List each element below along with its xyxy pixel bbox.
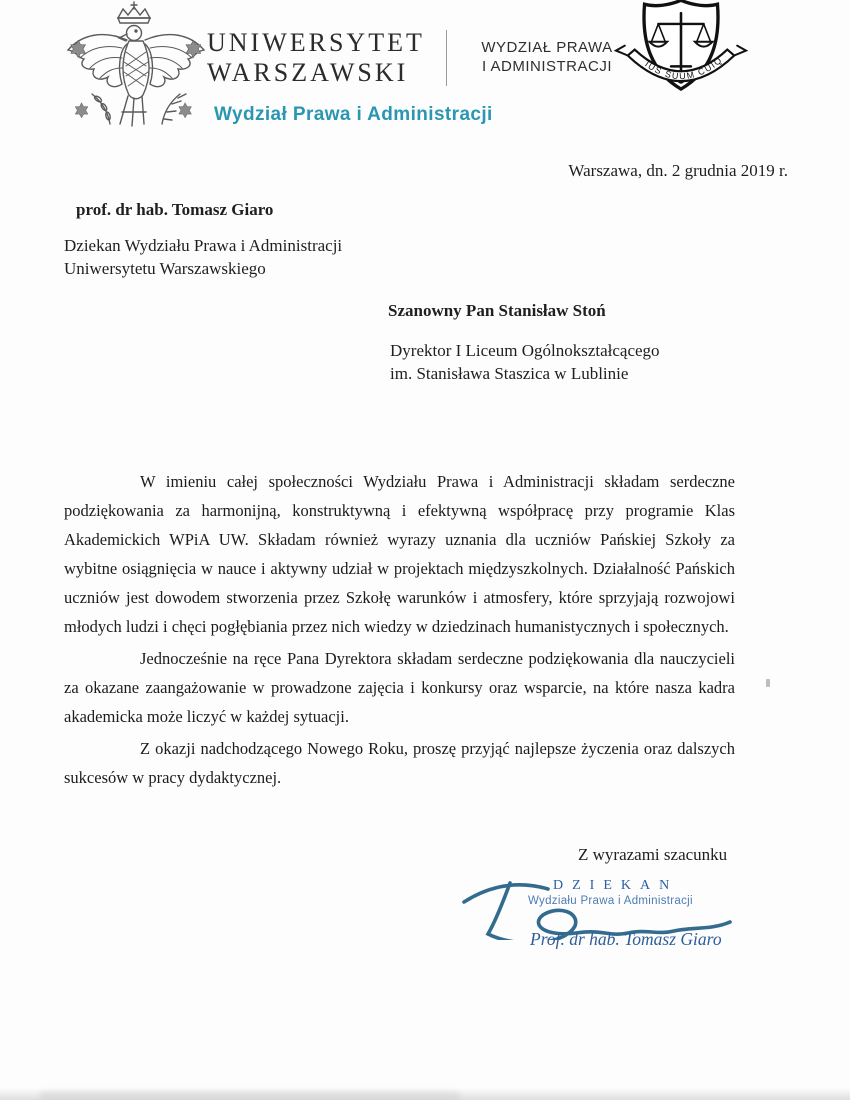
faculty-label-line1: WYDZIAŁ PRAWA	[462, 38, 632, 57]
university-eagle-logo	[58, 0, 206, 145]
recipient-salutation: Szanowny Pan Stanisław Stoń	[388, 301, 606, 321]
faculty-crest: IUS SUUM CUIQUE	[612, 0, 750, 123]
sender-name: prof. dr hab. Tomasz Giaro	[76, 200, 273, 220]
scan-speck	[766, 679, 770, 687]
university-wordmark: UNIWERSYTET WARSZAWSKI	[207, 28, 425, 88]
header-divider	[446, 30, 447, 86]
closing-salutation: Z wyrazami szacunku	[578, 845, 727, 865]
faculty-name-teal: Wydział Prawa i Administracji	[214, 104, 493, 126]
scales-of-justice-shield-icon: IUS SUUM CUIQUE	[612, 0, 750, 118]
recipient-line1: Dyrektor I Liceum Ogólnokształcącego	[390, 341, 660, 361]
body-paragraph-1: W imieniu całej społeczności Wydziału Pr…	[64, 467, 735, 641]
body-paragraph-3: Z okazji nadchodzącego Nowego Roku, pros…	[64, 734, 735, 792]
signatory-name: Prof. dr hab. Tomasz Giaro	[530, 929, 722, 950]
scanned-letter-page: UNIWERSYTET WARSZAWSKI Wydział Prawa i A…	[0, 0, 850, 1100]
letter-date: Warszawa, dn. 2 grudnia 2019 r.	[568, 161, 788, 181]
letter-body: W imieniu całej społeczności Wydziału Pr…	[64, 467, 735, 792]
faculty-label-line2: I ADMINISTRACJI	[462, 57, 632, 76]
body-paragraph-2: Jednocześnie na ręce Pana Dyrektora skła…	[64, 644, 735, 731]
sender-title-line1: Dziekan Wydziału Prawa i Administracji	[64, 236, 342, 256]
university-name-line1: UNIWERSYTET	[207, 28, 425, 58]
faculty-label-block: WYDZIAŁ PRAWA I ADMINISTRACJI	[462, 38, 632, 76]
university-name-line2: WARSZAWSKI	[207, 58, 425, 88]
recipient-line2: im. Stanisława Staszica w Lublinie	[390, 364, 628, 384]
sender-title-line2: Uniwersytetu Warszawskiego	[64, 259, 266, 279]
scan-edge-band	[0, 1088, 850, 1100]
eagle-crest-icon	[58, 0, 206, 140]
